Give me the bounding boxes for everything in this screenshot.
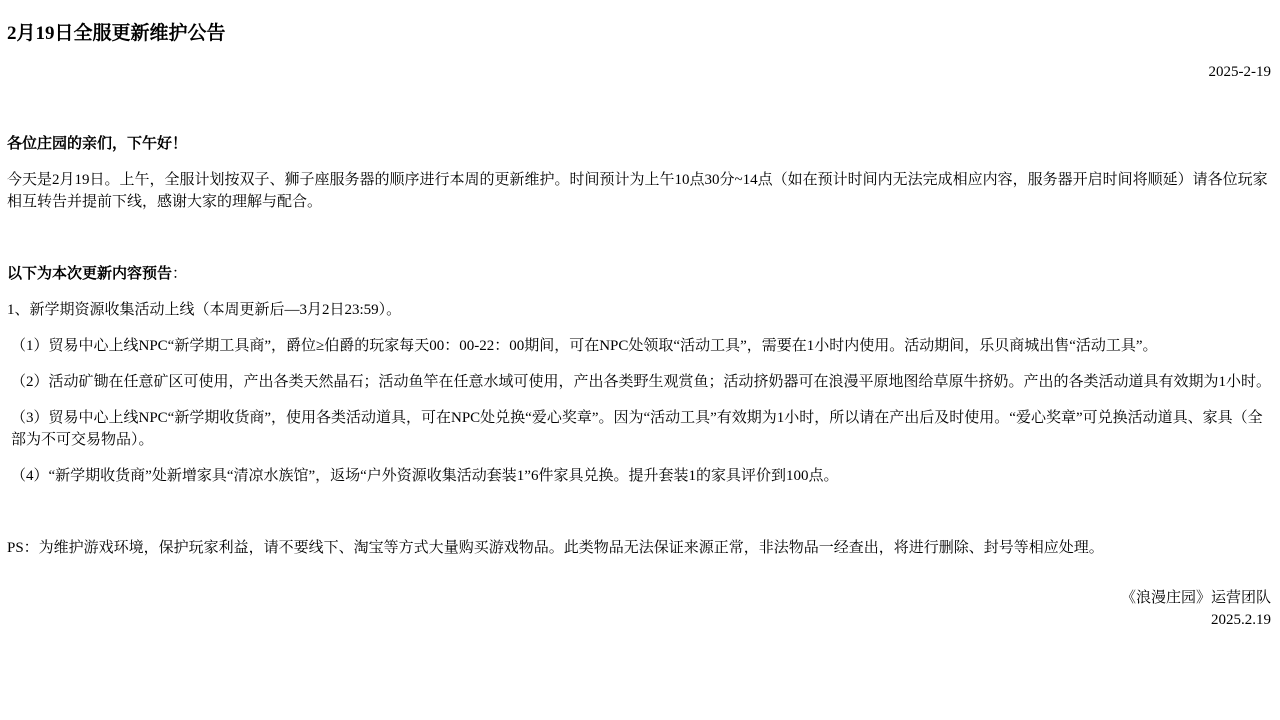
blank-line [7,227,1271,249]
update-preview-heading-colon: ： [172,266,187,282]
post-date: 2025-2-19 [7,61,1271,83]
update-preview-heading: 以下为本次更新内容预告： [7,263,1271,285]
blank-line [7,501,1271,523]
update-subitem-2: （2）活动矿锄在任意矿区可使用，产出各类天然晶石；活动鱼竿在任意水域可使用，产出… [7,371,1271,393]
update-subitem-3: （3）贸易中心上线NPC“新学期收货商”，使用各类活动道具，可在NPC处兑换“爱… [7,407,1271,451]
update-preview-heading-text: 以下为本次更新内容预告 [7,266,172,282]
blank-line [7,97,1271,119]
update-subitem-1: （1）贸易中心上线NPC“新学期工具商”，爵位≥伯爵的玩家每天00：00-22：… [7,335,1271,357]
ps-note: PS：为维护游戏环境，保护玩家利益，请不要线下、淘宝等方式大量购买游戏物品。此类… [7,537,1271,559]
greeting-line: 各位庄园的亲们，下午好！ [7,133,1271,155]
page-title: 2月19日全服更新维护公告 [7,20,1271,47]
signature-date: 2025.2.19 [1211,612,1271,628]
signature-team: 《浪漫庄园》运营团队 [1121,590,1271,606]
update-subitem-4: （4）“新学期收货商”处新增家具“清凉水族馆”，返场“户外资源收集活动套装1”6… [7,465,1271,487]
signature-block: 《浪漫庄园》运营团队2025.2.19 [7,587,1271,631]
announcement-document: 2月19日全服更新维护公告 2025-2-19 各位庄园的亲们，下午好！ 今天是… [7,20,1271,631]
update-item-1: 1、新学期资源收集活动上线（本周更新后—3月2日23:59）。 [7,299,1271,321]
intro-paragraph: 今天是2月19日。上午，全服计划按双子、狮子座服务器的顺序进行本周的更新维护。时… [7,169,1271,213]
